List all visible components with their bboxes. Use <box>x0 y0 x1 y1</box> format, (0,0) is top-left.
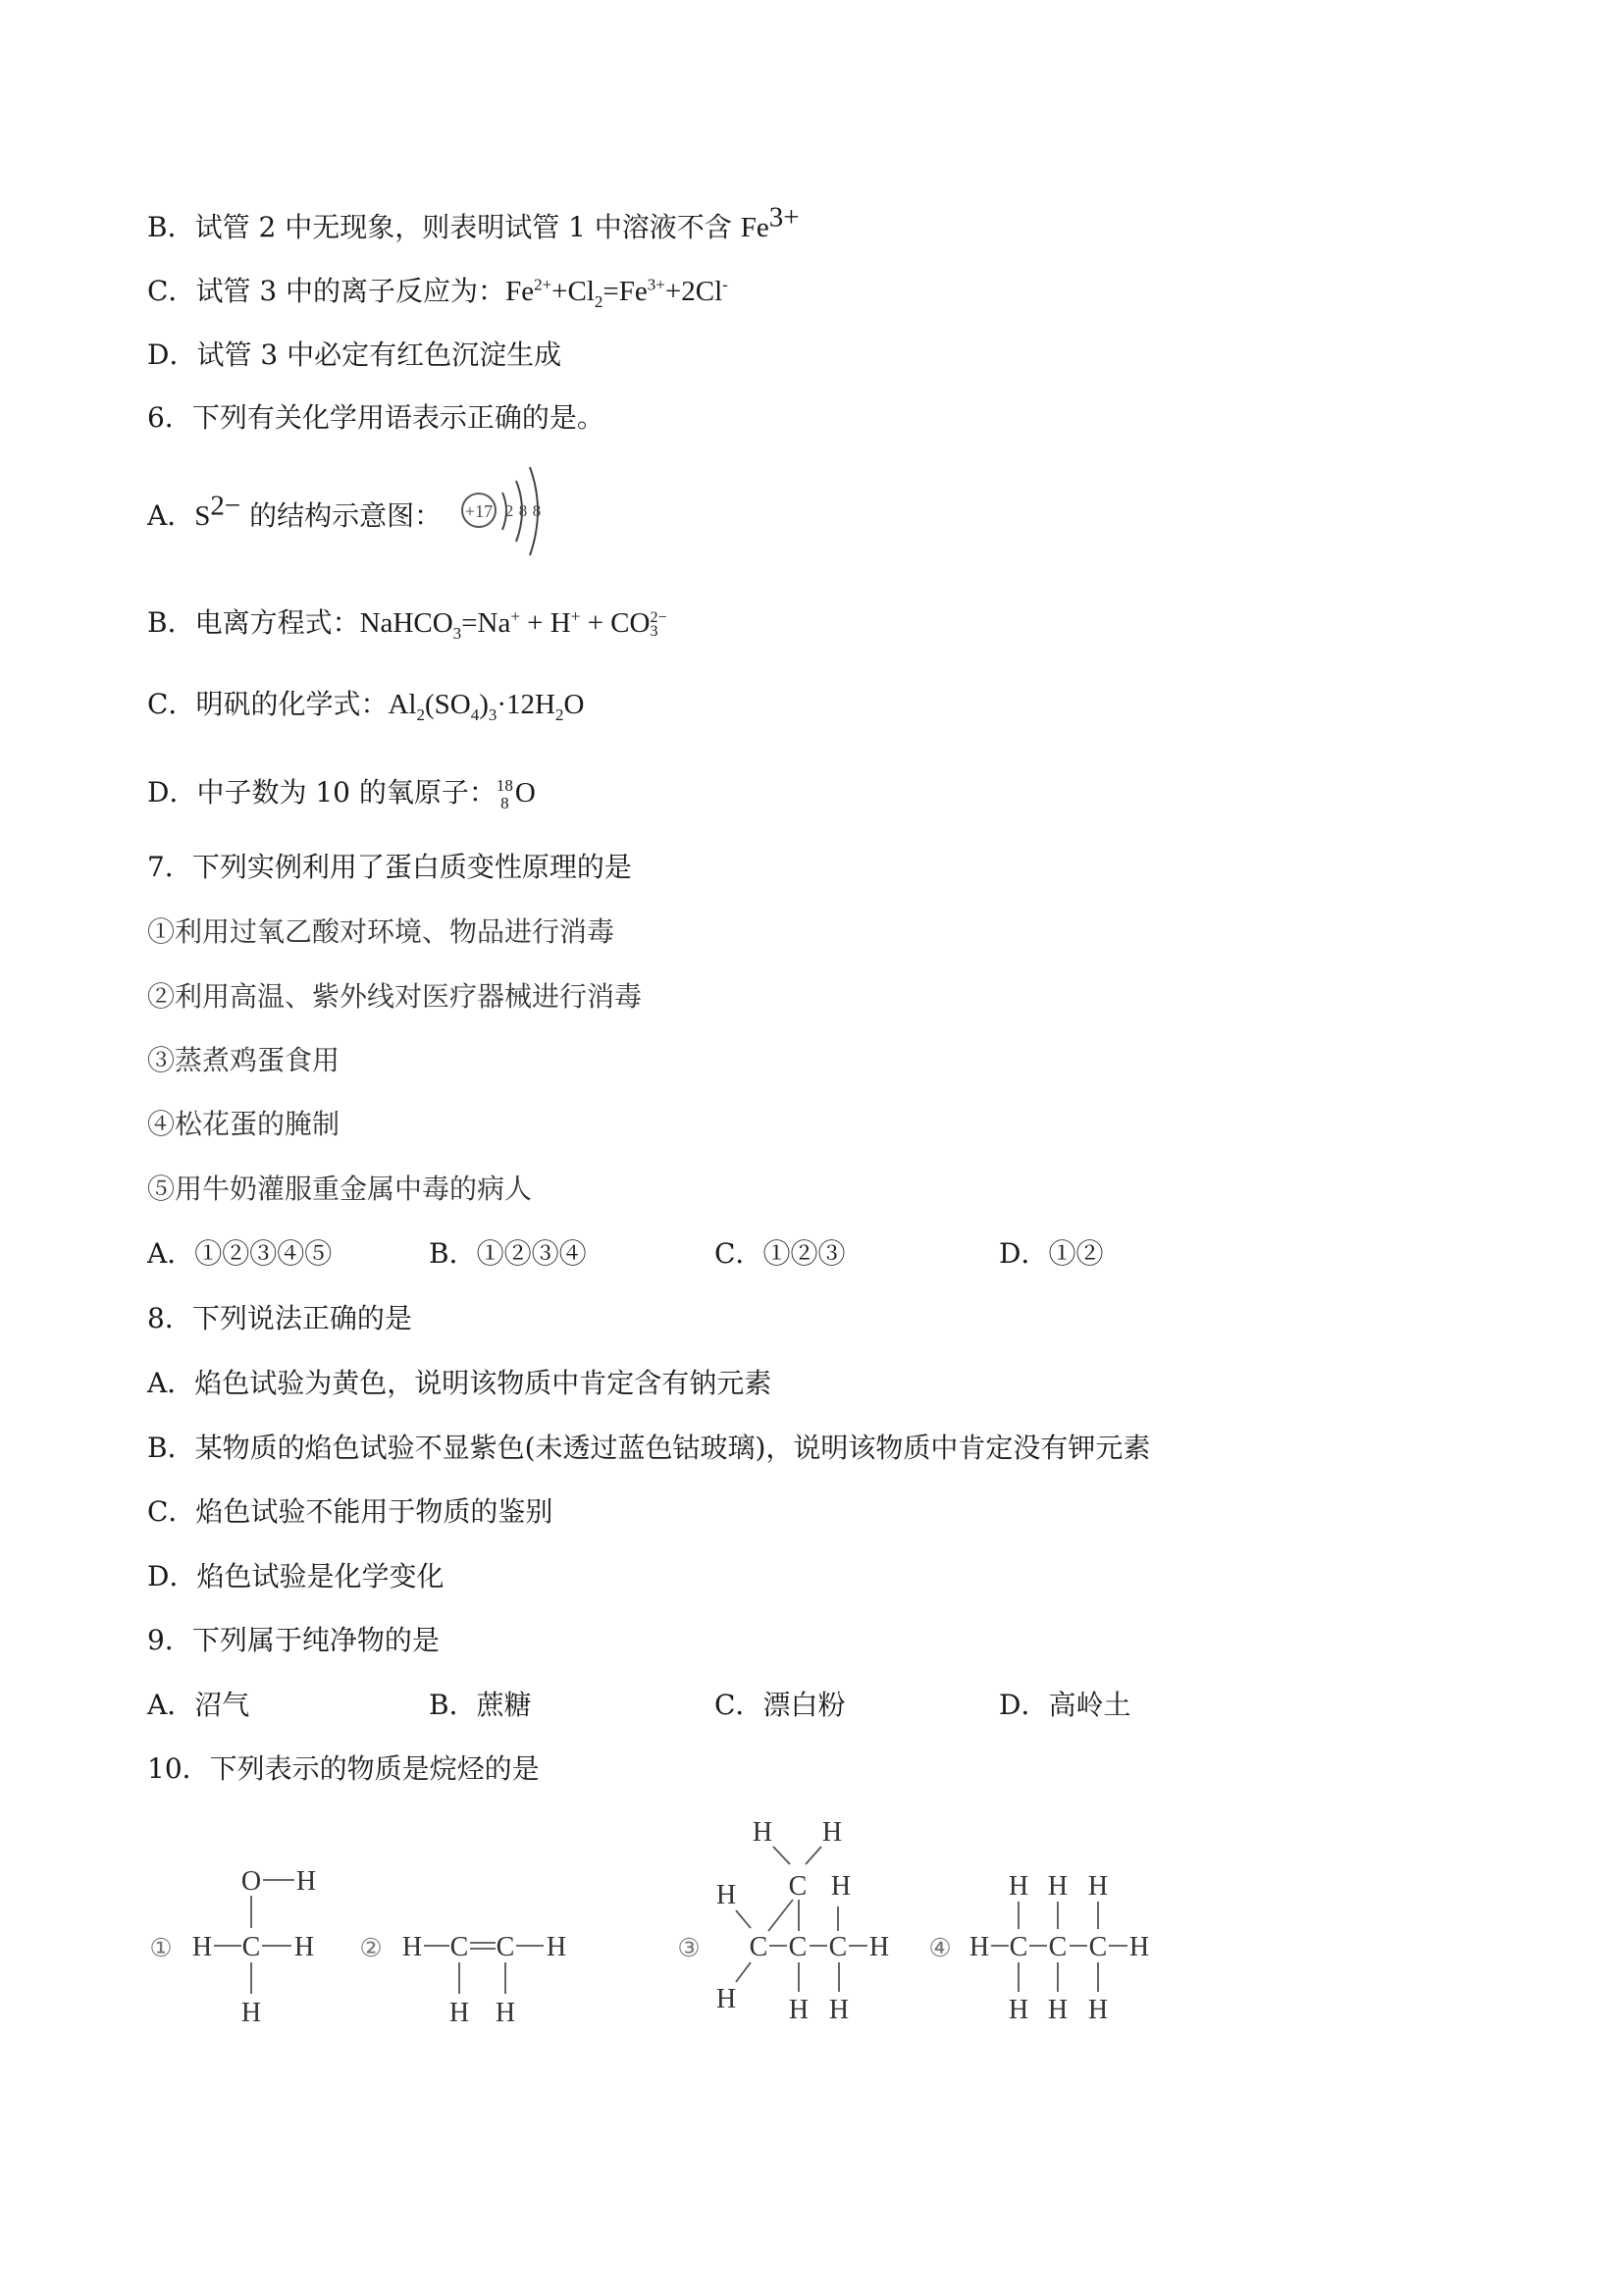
option-text: 试管 3 中必定有红色沉淀生成 <box>196 339 561 371</box>
q8-option-d: D．焰色试验是化学变化 <box>147 1559 444 1594</box>
option-label: B． <box>147 211 195 243</box>
q5-option-c: C．试管 3 中的离子反应为：Fe2++Cl2=Fe3++2Cl- <box>147 274 728 309</box>
option-text: 明矾的化学式： <box>195 688 388 720</box>
option-text: 试管 3 中的离子反应为： <box>195 275 505 307</box>
svg-text:H: H <box>789 1995 809 2025</box>
option-text: 的结构示意图： <box>249 499 442 532</box>
q9-stem: 9．下列属于纯净物的是 <box>147 1623 440 1658</box>
q6-stem: 6．下列有关化学用语表示正确的是。 <box>147 400 604 436</box>
structure-1-number: ① <box>149 1934 172 1962</box>
svg-text:O: O <box>241 1866 261 1897</box>
option-text: 电离方程式： <box>195 606 360 639</box>
charge: 3+ <box>769 202 800 234</box>
svg-text:+17: +17 <box>465 501 493 521</box>
svg-text:H: H <box>1129 1932 1149 1962</box>
option-label: C． <box>147 688 195 720</box>
svg-text:H: H <box>1009 1995 1028 2025</box>
q7-item-3: ③蒸煮鸡蛋食用 <box>147 1043 340 1078</box>
svg-text:H: H <box>402 1932 422 1962</box>
q7-option-d: D．①② <box>999 1236 1103 1272</box>
svg-text:C: C <box>450 1932 469 1962</box>
q5-option-d: D．试管 3 中必定有红色沉淀生成 <box>147 338 561 373</box>
svg-text:8: 8 <box>533 501 542 520</box>
svg-text:H: H <box>241 1998 261 2028</box>
svg-text:H: H <box>294 1932 314 1962</box>
ionization-equation: NaHCO3=Na+ + H+ + CO2−3 <box>360 607 667 639</box>
svg-text:H: H <box>716 1880 736 1910</box>
q8-stem: 8．下列说法正确的是 <box>147 1301 412 1336</box>
svg-text:C: C <box>242 1932 261 1962</box>
q7-item-4: ④松花蛋的腌制 <box>147 1107 340 1142</box>
q7-item-1: ①利用过氧乙酸对环境、物品进行消毒 <box>147 914 614 950</box>
svg-text:H: H <box>296 1866 316 1897</box>
option-text: 试管 2 中无现象，则表明试管 1 中溶液不含 <box>195 211 741 243</box>
svg-text:C: C <box>1089 1932 1108 1962</box>
q9-option-d: D．高岭土 <box>999 1688 1130 1723</box>
svg-text:C: C <box>789 1871 808 1902</box>
svg-text:H: H <box>829 1995 849 2025</box>
q8-option-a: A．焰色试验为黄色，说明该物质中肯定含有钠元素 <box>147 1366 771 1401</box>
q7-item-2: ②利用高温、紫外线对医疗器械进行消毒 <box>147 979 642 1015</box>
svg-text:2: 2 <box>505 501 514 520</box>
alum-formula: Al2(SO4)3·12H2O <box>388 689 584 720</box>
svg-text:C: C <box>497 1932 515 1962</box>
svg-text:H: H <box>1048 1871 1068 1902</box>
svg-text:H: H <box>1048 1995 1068 2025</box>
structure-2-number: ② <box>359 1934 382 1962</box>
option-label: A． <box>147 499 194 532</box>
q9-option-b: B．蔗糖 <box>429 1688 532 1723</box>
q9-option-a: A．沼气 <box>147 1688 249 1723</box>
q7-item-5: ⑤用牛奶灌服重金属中毒的病人 <box>147 1172 532 1207</box>
q7-option-a: A．①②③④⑤ <box>147 1236 332 1272</box>
isotope-numbers: 188 <box>497 777 513 812</box>
structure-4-number: ④ <box>928 1934 951 1962</box>
option-label: D． <box>147 776 196 809</box>
q8-option-c: C．焰色试验不能用于物质的鉴别 <box>147 1494 552 1530</box>
svg-text:H: H <box>831 1871 851 1902</box>
svg-text:H: H <box>1088 1995 1108 2025</box>
element-symbol: O <box>515 777 536 809</box>
svg-text:H: H <box>1009 1871 1028 1902</box>
option-text: 中子数为 10 的氧原子： <box>196 776 496 809</box>
svg-text:H: H <box>449 1998 469 2028</box>
charge: 2− <box>210 491 240 522</box>
q7-option-c: C．①②③ <box>714 1236 845 1272</box>
q6-option-a: A．S2− 的结构示意图： <box>147 498 442 534</box>
atomic-structure-diagram: +17 2 8 8 <box>457 453 565 565</box>
q10-stem: 10．下列表示的物质是烷烃的是 <box>147 1751 540 1787</box>
svg-text:H: H <box>496 1998 515 2028</box>
svg-text:H: H <box>822 1817 842 1848</box>
species: S <box>194 500 210 532</box>
option-label: C． <box>147 275 195 307</box>
structural-formulas: ① O H H C H H ② H C C H H H ③ H H C H H … <box>137 1805 1335 2055</box>
svg-text:C: C <box>789 1932 808 1962</box>
svg-text:C: C <box>1049 1932 1068 1962</box>
q7-stem: 7．下列实例利用了蛋白质变性原理的是 <box>147 850 632 885</box>
svg-text:C: C <box>750 1932 768 1962</box>
svg-text:H: H <box>547 1932 566 1962</box>
svg-text:H: H <box>192 1932 212 1962</box>
structure-3-number: ③ <box>677 1934 700 1962</box>
option-label: B． <box>147 606 195 639</box>
svg-text:8: 8 <box>519 501 528 520</box>
q6-option-c: C．明矾的化学式：Al2(SO4)3·12H2O <box>147 687 584 722</box>
option-label: D． <box>147 339 196 371</box>
q6-option-b: B．电离方程式：NaHCO3=Na+ + H+ + CO2−3 <box>147 605 666 641</box>
q5-option-b: B．试管 2 中无现象，则表明试管 1 中溶液不含 Fe3+ <box>147 210 800 245</box>
q8-option-b: B．某物质的焰色试验不显紫色(未透过蓝色钴玻璃)，说明该物质中肯定没有钾元素 <box>147 1431 1150 1466</box>
formula: Fe <box>741 212 769 243</box>
svg-text:H: H <box>716 1984 736 2014</box>
svg-text:C: C <box>829 1932 848 1962</box>
q7-option-b: B．①②③④ <box>429 1236 587 1272</box>
svg-text:H: H <box>1088 1871 1108 1902</box>
q6-option-d: D．中子数为 10 的氧原子：188O <box>147 775 536 812</box>
ionic-equation: Fe2++Cl2=Fe3++2Cl- <box>505 276 728 307</box>
svg-text:H: H <box>969 1932 989 1962</box>
q9-option-c: C．漂白粉 <box>714 1688 845 1723</box>
svg-text:H: H <box>869 1932 889 1962</box>
svg-text:H: H <box>753 1817 772 1848</box>
svg-text:C: C <box>1010 1932 1028 1962</box>
